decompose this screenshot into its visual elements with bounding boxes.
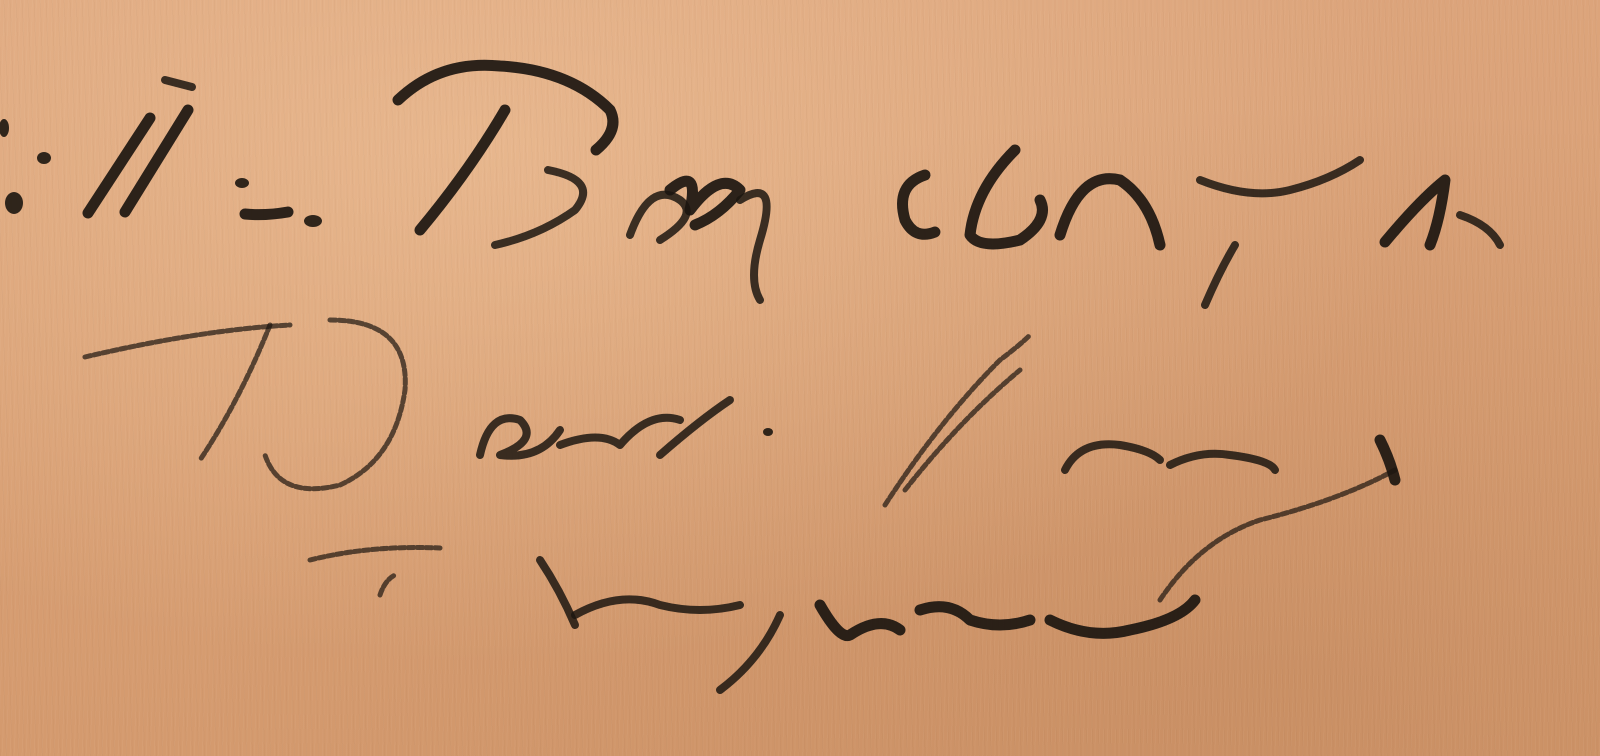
line-3-word (310, 470, 1395, 690)
line-2-word (85, 320, 1395, 505)
handwriting-strokes (0, 0, 1600, 756)
paper-photo: ?? Bergelson ... Dem ... Herzl(?) ... Be… (0, 0, 1600, 756)
line-1-word (398, 65, 1500, 305)
line-1-prefix-marks (0, 80, 322, 227)
